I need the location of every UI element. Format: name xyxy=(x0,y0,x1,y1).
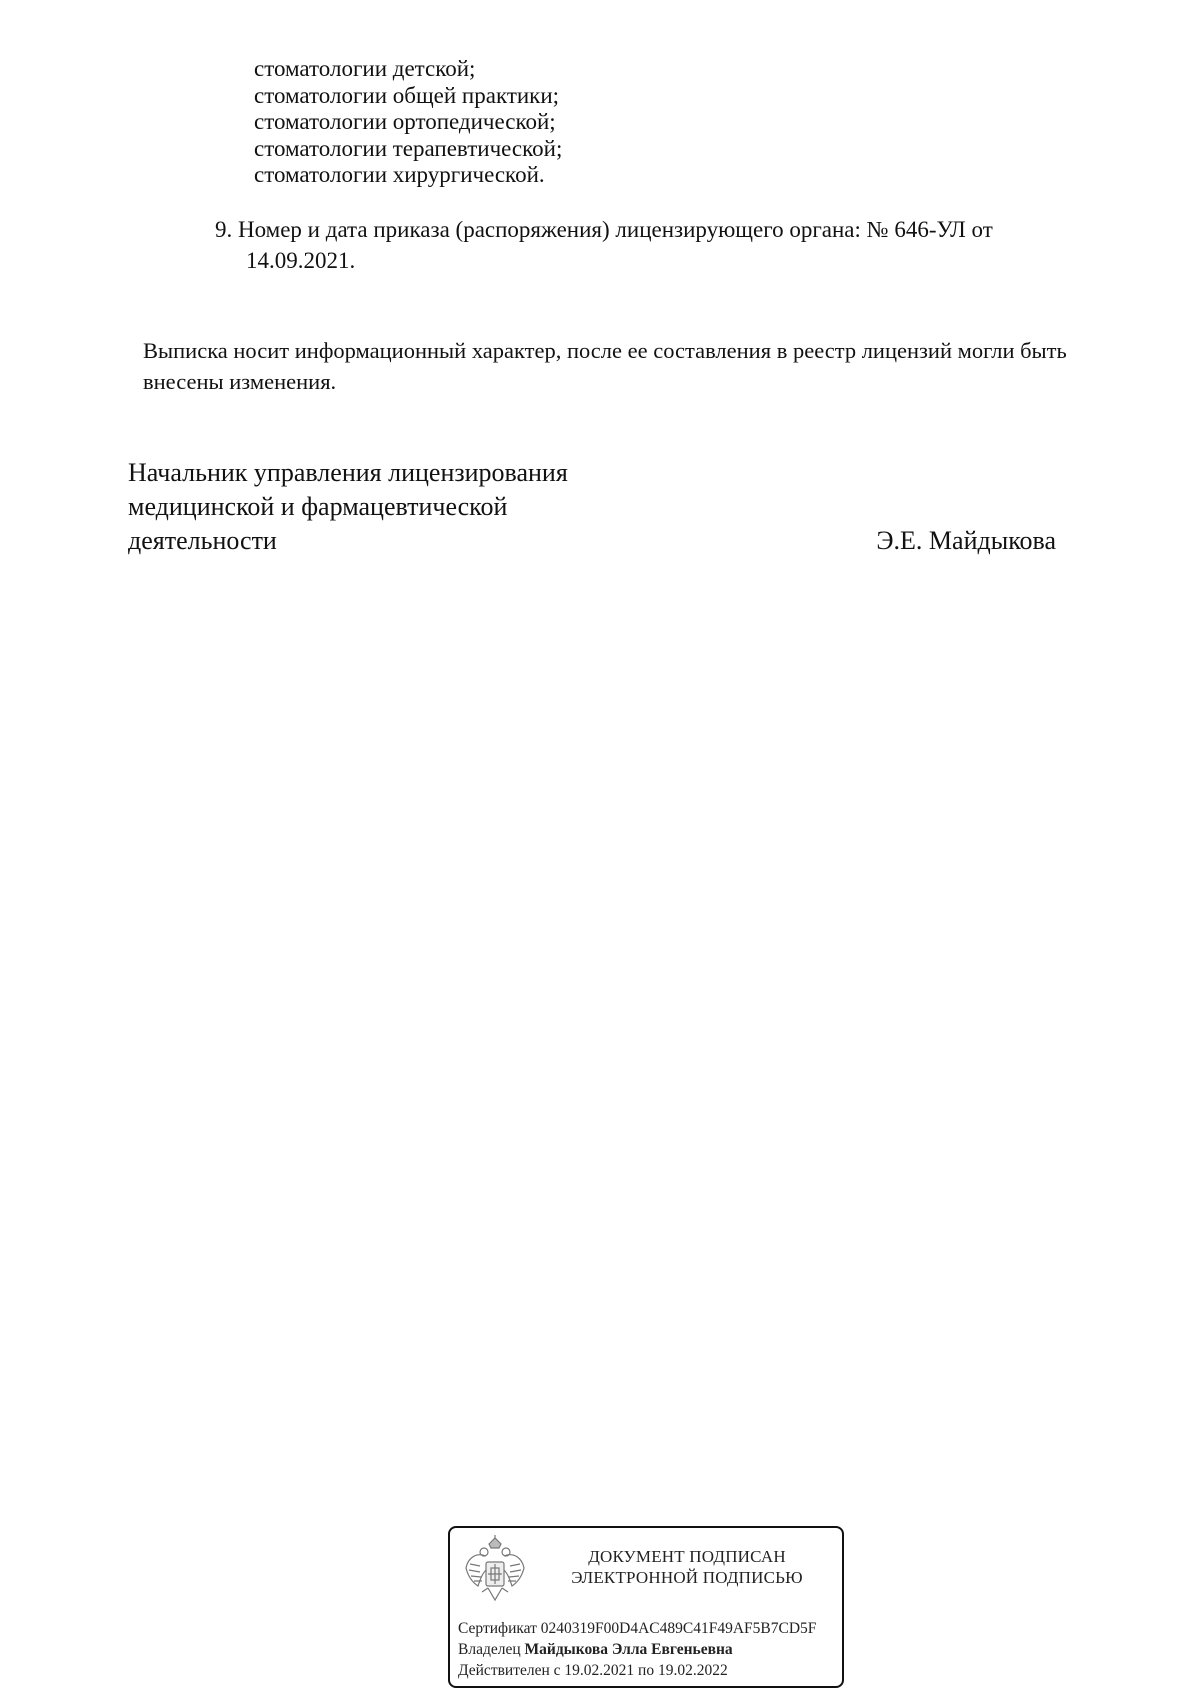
signer-position-line-1: Начальник управления лицензирования xyxy=(128,456,1078,490)
owner-line: Владелец Майдыкова Элла Евгеньевна xyxy=(458,1639,816,1660)
electronic-signature-stamp: ДОКУМЕНТ ПОДПИСАН ЭЛЕКТРОННОЙ ПОДПИСЬЮ С… xyxy=(448,1526,844,1688)
validity-label: Действителен xyxy=(458,1662,550,1679)
validity-value: с 19.02.2021 по 19.02.2022 xyxy=(554,1662,728,1679)
specialty-item: стоматологии общей практики; xyxy=(254,83,562,110)
owner-label: Владелец xyxy=(458,1641,521,1658)
certificate-line: Сертификат 0240319F00D4AC489C41F49AF5B7C… xyxy=(458,1618,816,1639)
certificate-label: Сертификат xyxy=(458,1620,537,1637)
validity-line: Действителен с 19.02.2021 по 19.02.2022 xyxy=(458,1660,816,1681)
signer-name: Э.Е. Майдыкова xyxy=(876,524,1056,558)
stamp-details: Сертификат 0240319F00D4AC489C41F49AF5B7C… xyxy=(458,1618,816,1681)
stamp-title-line-2: ЭЛЕКТРОННОЙ ПОДПИСЬЮ xyxy=(542,1567,832,1588)
stamp-title-line-1: ДОКУМЕНТ ПОДПИСАН xyxy=(542,1546,832,1567)
stamp-title: ДОКУМЕНТ ПОДПИСАН ЭЛЕКТРОННОЙ ПОДПИСЬЮ xyxy=(542,1546,832,1588)
owner-value: Майдыкова Элла Евгеньевна xyxy=(525,1641,733,1658)
order-item-line-1: 9. Номер и дата приказа (распоряжения) л… xyxy=(215,214,1115,245)
specialty-item: стоматологии детской; xyxy=(254,56,562,83)
document-page: стоматологии детской; стоматологии общей… xyxy=(0,0,1200,1696)
specialty-item: стоматологии терапевтической; xyxy=(254,136,562,163)
certificate-value: 0240319F00D4AC489C41F49AF5B7CD5F xyxy=(541,1620,817,1637)
signature-block: Начальник управления лицензирования меди… xyxy=(128,456,1078,558)
notice-line-1: Выписка носит информационный характер, п… xyxy=(143,335,1163,366)
specialty-item: стоматологии ортопедической; xyxy=(254,109,562,136)
signer-position-line-2: медицинской и фармацевтической xyxy=(128,490,1078,524)
specialty-item: стоматологии хирургической. xyxy=(254,162,562,189)
order-item-line-2: 14.09.2021. xyxy=(215,245,1115,276)
russian-coat-of-arms-icon xyxy=(462,1534,528,1604)
order-number-item: 9. Номер и дата приказа (распоряжения) л… xyxy=(215,214,1115,276)
notice-line-2: внесены изменения. xyxy=(143,366,1163,397)
specialties-list: стоматологии детской; стоматологии общей… xyxy=(254,56,562,189)
informational-notice: Выписка носит информационный характер, п… xyxy=(143,335,1163,397)
